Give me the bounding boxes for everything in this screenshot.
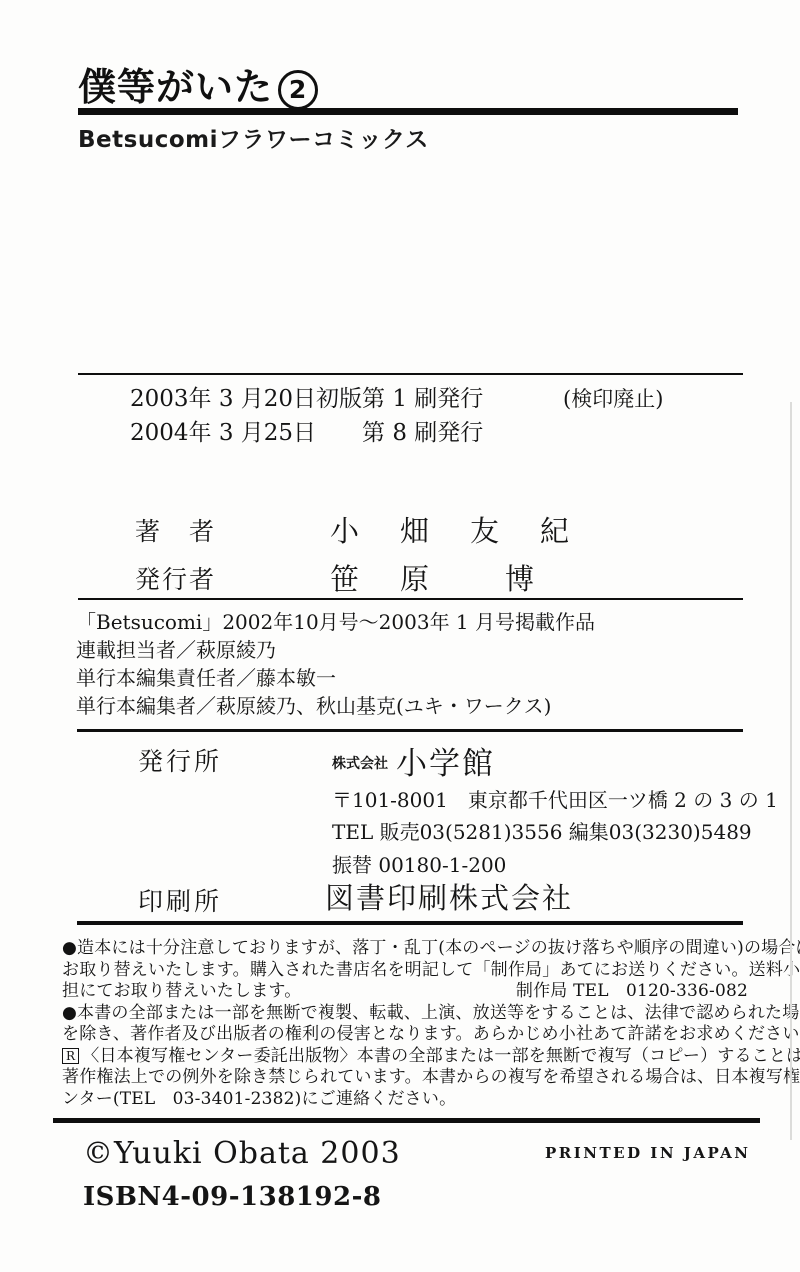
publisher-top-rule <box>77 729 743 732</box>
book-title-text: 僕等がいた <box>78 65 273 109</box>
publisher-name: 笹 原 博 <box>330 557 540 598</box>
defect-notice-line2: お取り替えいたします。購入された書店名を明記して「制作局」あてにお送りください。… <box>62 960 748 982</box>
inspection-seal-note: (検印廃止) <box>563 383 663 413</box>
reprography-r-mark: R <box>62 1048 79 1064</box>
publishing-company: 株式会社小学館 <box>332 738 495 783</box>
reprography-notice-line1: R〈日本複写権センター委託出版物〉本書の全部または一部を無断で複写（コピー）する… <box>62 1046 748 1068</box>
copyright-notice-line1: ●本書の全部または一部を無断で複製、転載、上演、放送等をすることは、法律で認めら… <box>62 1003 748 1025</box>
serialization-source: 「Betsucomi」2002年10月号～2003年 1 月号掲載作品 <box>76 608 595 636</box>
notice-top-rule <box>77 921 743 925</box>
first-print-date: 2003年 3 月20日初版第 1 刷発行 <box>130 382 483 416</box>
serialization-credits: 「Betsucomi」2002年10月号～2003年 1 月号掲載作品 連載担当… <box>76 608 595 720</box>
reprography-notice-line2: 著作権法上での例外を除き禁じられています。本書からの複写を希望される場合は、日本… <box>62 1067 748 1089</box>
publishing-house-label: 発行所 <box>138 742 222 778</box>
title-underline-rule <box>78 108 738 115</box>
company-prefix: 株式会社 <box>332 756 388 772</box>
isbn-number: ISBN4-09-138192-8 <box>83 1182 381 1212</box>
publisher-address: 〒101-8001 東京都千代田区一ツ橋 2 の 3 の 1 <box>332 784 778 813</box>
colophon-page: 僕等がいた2 Betsucomiフラワーコミックス 2003年 3 月20日初版… <box>0 0 800 1272</box>
printer-name: 図書印刷株式会社 <box>325 876 573 917</box>
company-name: 小学館 <box>396 746 495 782</box>
volume-number-badge: 2 <box>278 70 318 110</box>
page-edge-scan-line <box>790 402 792 1140</box>
reprography-notice-line1-text: 〈日本複写権センター委託出版物〉本書の全部または一部を無断で複写（コピー）するこ… <box>82 1046 800 1066</box>
legal-notice: ●造本には十分注意しておりますが、落丁・乱丁(本のページの抜け落ちや順序の間違い… <box>62 938 748 1110</box>
tankobon-editors: 単行本編集者／萩原綾乃、秋山基克(ユキ・ワークス) <box>76 692 595 720</box>
edition-dates: 2003年 3 月20日初版第 1 刷発行 2004年 3 月25日 第 8 刷… <box>130 382 483 450</box>
postal-transfer-account: 振替 00180-1-200 <box>332 849 506 878</box>
printer-label: 印刷所 <box>138 882 222 918</box>
defect-notice-line3-text: 担にてお取り替えいたします。 <box>62 981 301 1003</box>
defect-notice-line1: ●造本には十分注意しておりますが、落丁・乱丁(本のページの抜け落ちや順序の間違い… <box>62 938 748 960</box>
defect-notice-line3: 担にてお取り替えいたします。 制作局 TEL 0120-336-082 <box>62 981 748 1003</box>
tankobon-chief-editor: 単行本編集責任者／藤本敏一 <box>76 664 595 692</box>
book-title: 僕等がいた2 <box>78 56 318 111</box>
current-print-date: 2004年 3 月25日 第 8 刷発行 <box>130 416 483 450</box>
credits-divider-rule <box>78 598 743 600</box>
reprography-notice-line3: ンター(TEL 03-3401-2382)にご連絡ください。 <box>62 1089 748 1111</box>
production-dept-phone: 制作局 TEL 0120-336-082 <box>516 981 748 1003</box>
author-label: 著 者 <box>135 512 216 548</box>
printed-in-japan: PRINTED IN JAPAN <box>545 1144 751 1162</box>
copyright-line: ©Yuuki Obata 2003 <box>83 1136 401 1171</box>
edition-top-rule <box>78 373 743 375</box>
copyright-notice-line2: を除き、著作者及び出版者の権利の侵害となります。あらかじめ小社あて許諾をお求めく… <box>62 1024 748 1046</box>
publisher-phone: TEL 販売03(5281)3556 編集03(3230)5489 <box>332 816 752 845</box>
publisher-label: 発行者 <box>135 560 216 596</box>
footer-rule <box>53 1118 760 1123</box>
serial-editor: 連載担当者／萩原綾乃 <box>76 636 595 664</box>
series-name: Betsucomiフラワーコミックス <box>78 121 429 154</box>
author-name: 小 畑 友 紀 <box>330 509 575 550</box>
